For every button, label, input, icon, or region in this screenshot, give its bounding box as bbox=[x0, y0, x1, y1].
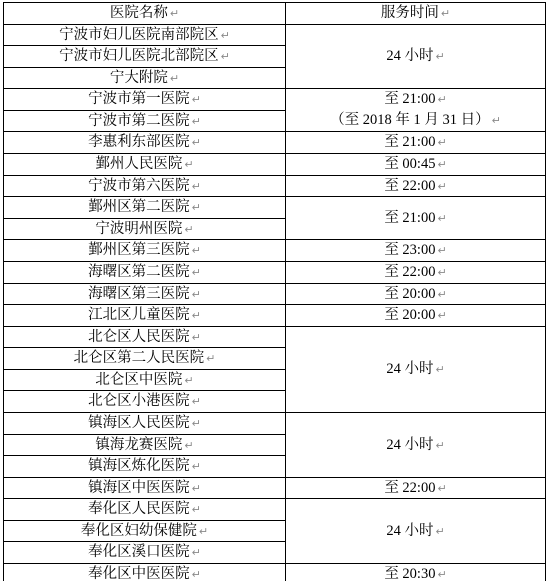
paragraph-mark: ↵ bbox=[184, 158, 193, 171]
hospital-name: 鄞州人民医院 bbox=[95, 156, 182, 172]
hospital-name-cell: 镇海区人民医院↵ bbox=[4, 412, 286, 434]
hospital-name: 海曙区第三医院 bbox=[88, 286, 190, 302]
hospital-name: 北仑区第二人民医院 bbox=[74, 350, 205, 366]
service-time-cell: 至 20:00↵ bbox=[286, 305, 546, 327]
hospital-name: 鄞州区第二医院 bbox=[88, 199, 190, 215]
service-time: 24 小时 bbox=[386, 48, 433, 64]
paragraph-mark: ↵ bbox=[437, 288, 446, 301]
hospital-name-cell: 鄞州人民医院↵ bbox=[4, 154, 286, 176]
hospital-name: 镇海区人民医院 bbox=[88, 415, 190, 431]
paragraph-mark: ↵ bbox=[437, 212, 446, 225]
paragraph-mark: ↵ bbox=[192, 503, 201, 516]
hospital-name-cell: 鄞州区第二医院↵ bbox=[4, 197, 286, 219]
service-time: 至 22:00 bbox=[384, 480, 435, 496]
paragraph-mark: ↵ bbox=[437, 568, 446, 581]
table-row: 海曙区第二医院↵ 至 22:00↵ bbox=[4, 261, 546, 283]
service-time-line: （至 2018 年 1 月 31 日）↵ bbox=[286, 110, 545, 131]
paragraph-mark: ↵ bbox=[435, 363, 444, 376]
table-row: 海曙区第三医院↵ 至 20:00↵ bbox=[4, 283, 546, 305]
service-time: 至 20:30 bbox=[384, 566, 435, 581]
service-time-cell: 至 22:00↵ bbox=[286, 175, 546, 197]
paragraph-mark: ↵ bbox=[184, 439, 193, 452]
hospital-name: 奉化区中医医院 bbox=[88, 566, 190, 581]
service-time-cell: 至 21:00↵ bbox=[286, 132, 546, 154]
service-time: 至 20:00 bbox=[384, 307, 435, 323]
paragraph-mark: ↵ bbox=[206, 352, 215, 365]
paragraph-mark: ↵ bbox=[192, 482, 201, 495]
paragraph-mark: ↵ bbox=[199, 525, 208, 538]
hospital-name-cell: 奉化区妇幼保健院↵ bbox=[4, 520, 286, 542]
hospital-name-cell: 镇海区中医医院↵ bbox=[4, 477, 286, 499]
hospital-name: 宁波市妇儿医院南部院区 bbox=[59, 27, 219, 43]
hospital-name: 镇海龙赛医院 bbox=[95, 437, 182, 453]
service-time: 24 小时 bbox=[386, 361, 433, 377]
hospital-name: 宁波明州医院 bbox=[95, 221, 182, 237]
paragraph-mark: ↵ bbox=[184, 374, 193, 387]
hospital-name-cell: 宁波市第一医院↵ bbox=[4, 89, 286, 111]
paragraph-mark: ↵ bbox=[192, 136, 201, 149]
hospital-name-cell: 奉化区中医医院↵ bbox=[4, 564, 286, 581]
hospital-name: 鄞州区第三医院 bbox=[88, 242, 190, 258]
header-hospital-name-label: 医院名称 bbox=[110, 5, 168, 21]
paragraph-mark: ↵ bbox=[192, 288, 201, 301]
hospital-name: 北仑区中医院 bbox=[95, 372, 182, 388]
hospital-name: 北仑区小港医院 bbox=[88, 393, 190, 409]
table-row: 鄞州人民医院↵ 至 00:45↵ bbox=[4, 154, 546, 176]
hospital-name-cell: 海曙区第二医院↵ bbox=[4, 261, 286, 283]
paragraph-mark: ↵ bbox=[437, 136, 446, 149]
table-row: 李惠利东部医院↵ 至 21:00↵ bbox=[4, 132, 546, 154]
paragraph-mark: ↵ bbox=[492, 114, 501, 127]
paragraph-mark: ↵ bbox=[192, 568, 201, 581]
paragraph-mark: ↵ bbox=[437, 93, 446, 106]
hospital-name-cell: 镇海龙赛医院↵ bbox=[4, 434, 286, 456]
paragraph-mark: ↵ bbox=[192, 460, 201, 473]
service-time: 24 小时 bbox=[386, 523, 433, 539]
hospital-name-cell: 奉化区人民医院↵ bbox=[4, 499, 286, 521]
table-row: 鄞州区第三医院↵ 至 23:00↵ bbox=[4, 240, 546, 262]
hospital-name-cell: 江北区儿童医院↵ bbox=[4, 305, 286, 327]
paragraph-mark: ↵ bbox=[437, 482, 446, 495]
hospital-name-cell: 北仑区中医院↵ bbox=[4, 369, 286, 391]
paragraph-mark: ↵ bbox=[221, 29, 230, 42]
service-time-cell: 24 小时↵ bbox=[286, 499, 546, 564]
hospital-name: 奉化区溪口医院 bbox=[88, 544, 190, 560]
service-time-cell: 至 22:00↵ bbox=[286, 261, 546, 283]
table-row: 宁波市第六医院↵ 至 22:00↵ bbox=[4, 175, 546, 197]
hospital-name-cell: 宁波市妇儿医院南部院区↵ bbox=[4, 24, 286, 46]
paragraph-mark: ↵ bbox=[221, 50, 230, 63]
table-row: 宁波市第一医院↵ 至 21:00↵ （至 2018 年 1 月 31 日）↵ bbox=[4, 89, 546, 111]
paragraph-mark: ↵ bbox=[435, 439, 444, 452]
paragraph-mark: ↵ bbox=[437, 309, 446, 322]
hospital-name: 江北区儿童医院 bbox=[88, 307, 190, 323]
table-row: 镇海区人民医院↵ 24 小时↵ bbox=[4, 412, 546, 434]
service-time: 至 22:00 bbox=[384, 264, 435, 280]
table-row: 镇海区中医医院↵ 至 22:00↵ bbox=[4, 477, 546, 499]
hospital-name-cell: 奉化区溪口医院↵ bbox=[4, 542, 286, 564]
hospital-name-cell: 宁波市妇儿医院北部院区↵ bbox=[4, 46, 286, 68]
hospital-service-table: 医院名称↵ 服务时间↵ 宁波市妇儿医院南部院区↵ 24 小时↵ 宁波市妇儿医院北… bbox=[3, 2, 546, 581]
service-time-cell: 至 23:00↵ bbox=[286, 240, 546, 262]
hospital-name-cell: 李惠利东部医院↵ bbox=[4, 132, 286, 154]
service-time: 24 小时 bbox=[386, 437, 433, 453]
paragraph-mark: ↵ bbox=[192, 266, 201, 279]
hospital-name: 李惠利东部医院 bbox=[88, 134, 190, 150]
service-time-line: 至 21:00↵ bbox=[286, 89, 545, 110]
header-service-time: 服务时间↵ bbox=[286, 3, 546, 25]
table-header-row: 医院名称↵ 服务时间↵ bbox=[4, 3, 546, 25]
hospital-name: 奉化区妇幼保健院 bbox=[81, 523, 197, 539]
header-hospital-name: 医院名称↵ bbox=[4, 3, 286, 25]
service-time: 至 21:00 bbox=[384, 91, 435, 107]
hospital-name-cell: 海曙区第三医院↵ bbox=[4, 283, 286, 305]
hospital-name-cell: 镇海区炼化医院↵ bbox=[4, 456, 286, 478]
paragraph-mark: ↵ bbox=[192, 309, 201, 322]
paragraph-mark: ↵ bbox=[192, 244, 201, 257]
table-row: 宁波市妇儿医院南部院区↵ 24 小时↵ bbox=[4, 24, 546, 46]
hospital-name-cell: 宁波市第六医院↵ bbox=[4, 175, 286, 197]
service-time: 至 21:00 bbox=[384, 134, 435, 150]
paragraph-mark: ↵ bbox=[170, 72, 179, 85]
service-time: 至 20:00 bbox=[384, 286, 435, 302]
hospital-name: 宁波市第六医院 bbox=[88, 178, 190, 194]
hospital-name-cell: 宁大附院↵ bbox=[4, 67, 286, 89]
service-time: 至 00:45 bbox=[384, 156, 435, 172]
hospital-name-cell: 宁波明州医院↵ bbox=[4, 218, 286, 240]
paragraph-mark: ↵ bbox=[192, 417, 201, 430]
hospital-name: 镇海区中医医院 bbox=[88, 480, 190, 496]
service-time-cell: 至 21:00↵ （至 2018 年 1 月 31 日）↵ bbox=[286, 89, 546, 132]
paragraph-mark: ↵ bbox=[192, 180, 201, 193]
hospital-name-cell: 北仑区第二人民医院↵ bbox=[4, 348, 286, 370]
paragraph-mark: ↵ bbox=[192, 93, 201, 106]
service-time-note: （至 2018 年 1 月 31 日） bbox=[330, 112, 490, 128]
hospital-name-cell: 北仑区人民医院↵ bbox=[4, 326, 286, 348]
hospital-name: 镇海区炼化医院 bbox=[88, 458, 190, 474]
service-time-cell: 至 22:00↵ bbox=[286, 477, 546, 499]
service-time: 至 21:00 bbox=[384, 210, 435, 226]
hospital-name: 宁波市第二医院 bbox=[88, 113, 190, 129]
paragraph-mark: ↵ bbox=[170, 7, 179, 20]
paragraph-mark: ↵ bbox=[441, 7, 450, 20]
hospital-name-cell: 北仑区小港医院↵ bbox=[4, 391, 286, 413]
hospital-name: 宁大附院 bbox=[110, 70, 168, 86]
hospital-name-cell: 宁波市第二医院↵ bbox=[4, 110, 286, 132]
table-row: 鄞州区第二医院↵ 至 21:00↵ bbox=[4, 197, 546, 219]
hospital-name: 北仑区人民医院 bbox=[88, 329, 190, 345]
paragraph-mark: ↵ bbox=[184, 223, 193, 236]
paragraph-mark: ↵ bbox=[192, 201, 201, 214]
service-time-cell: 24 小时↵ bbox=[286, 412, 546, 477]
service-time-cell: 24 小时↵ bbox=[286, 24, 546, 89]
hospital-name: 宁波市妇儿医院北部院区 bbox=[59, 48, 219, 64]
paragraph-mark: ↵ bbox=[192, 546, 201, 559]
service-time: 至 22:00 bbox=[384, 178, 435, 194]
table-row: 北仑区人民医院↵ 24 小时↵ bbox=[4, 326, 546, 348]
paragraph-mark: ↵ bbox=[192, 331, 201, 344]
table-row: 江北区儿童医院↵ 至 20:00↵ bbox=[4, 305, 546, 327]
table-row: 奉化区人民医院↵ 24 小时↵ bbox=[4, 499, 546, 521]
service-time-cell: 至 20:00↵ bbox=[286, 283, 546, 305]
paragraph-mark: ↵ bbox=[437, 180, 446, 193]
table-row: 奉化区中医医院↵ 至 20:30↵ bbox=[4, 564, 546, 581]
paragraph-mark: ↵ bbox=[437, 266, 446, 279]
hospital-name: 宁波市第一医院 bbox=[88, 91, 190, 107]
service-time-cell: 至 20:30↵ bbox=[286, 564, 546, 581]
paragraph-mark: ↵ bbox=[192, 395, 201, 408]
service-time: 至 23:00 bbox=[384, 242, 435, 258]
paragraph-mark: ↵ bbox=[437, 244, 446, 257]
paragraph-mark: ↵ bbox=[435, 50, 444, 63]
hospital-name: 奉化区人民医院 bbox=[88, 501, 190, 517]
hospital-name-cell: 鄞州区第三医院↵ bbox=[4, 240, 286, 262]
service-time-cell: 24 小时↵ bbox=[286, 326, 546, 412]
paragraph-mark: ↵ bbox=[435, 525, 444, 538]
paragraph-mark: ↵ bbox=[192, 115, 201, 128]
service-time-cell: 至 00:45↵ bbox=[286, 154, 546, 176]
hospital-name: 海曙区第二医院 bbox=[88, 264, 190, 280]
header-service-time-label: 服务时间 bbox=[381, 5, 439, 21]
service-time-cell: 至 21:00↵ bbox=[286, 197, 546, 240]
paragraph-mark: ↵ bbox=[437, 158, 446, 171]
